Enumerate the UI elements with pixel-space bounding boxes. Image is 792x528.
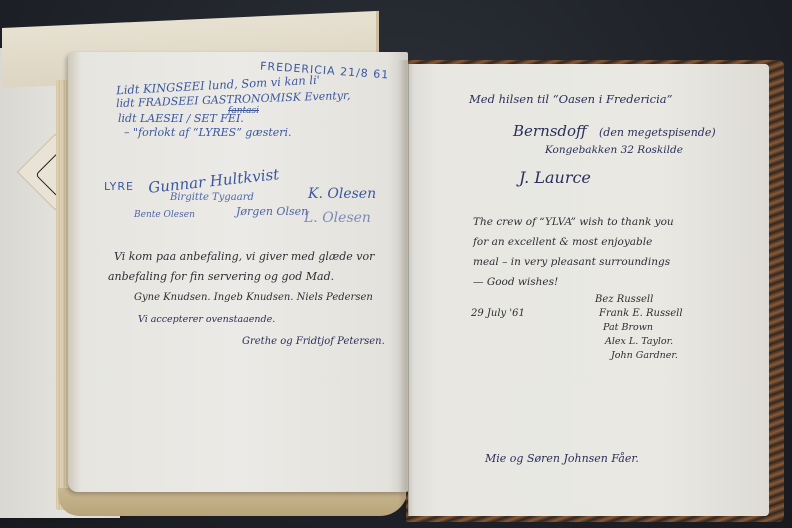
crew-message-line-4: — Good wishes! <box>473 276 558 288</box>
crew-message-line-1: The crew of “YLVA” wish to thank you <box>473 216 674 228</box>
crew-message-line-2: for an excellent & most enjoyable <box>473 236 652 248</box>
footer-signature: Mie og Søren Johnsen Fåer. <box>485 452 639 465</box>
lyre-label: LYRE <box>104 180 134 193</box>
header-line-3: lidt LAESEI / SET FEI. <box>118 112 244 125</box>
acceptance-note: Vi accepterer ovenstaaende. <box>138 314 275 325</box>
signature: Alex L. Taylor. <box>605 336 673 347</box>
signature-note: (den megetspisende) <box>599 126 716 139</box>
signature: Bez Russell <box>595 294 653 305</box>
page-curl-bottom <box>58 488 408 516</box>
book-gutter <box>398 60 414 520</box>
signature: Frank E. Russell <box>599 308 683 319</box>
signature: Bente Olesen <box>134 210 195 220</box>
signature: Jørgen Olsen <box>236 205 308 218</box>
recommendation-line-1: Vi kom paa anbefaling, vi giver med glæd… <box>114 250 374 263</box>
recommendation-line-2: anbefaling for fin servering og god Mad. <box>108 270 334 283</box>
signature: J. Laurce <box>519 168 591 187</box>
signature: K. Olesen <box>308 186 376 202</box>
signature: L. Olesen <box>304 210 371 226</box>
greeting-line: Med hilsen til “Oasen i Fredericia” <box>469 92 673 106</box>
signature: Pat Brown <box>603 322 653 333</box>
recommendation-signers: Gyne Knudsen. Ingeb Knudsen. Niels Peder… <box>134 292 373 303</box>
signature: Birgitte Tygaard <box>170 192 254 203</box>
entry-date: 29 July '61 <box>471 308 525 319</box>
header-line-4: – "forlokt af “LYRES” gæsteri. <box>124 126 292 139</box>
final-signers: Grethe og Fridtjof Petersen. <box>242 336 385 347</box>
right-guestbook-page: Med hilsen til “Oasen i Fredericia” Bern… <box>408 64 769 516</box>
crew-message-line-3: meal – in very pleasant surroundings <box>473 256 670 268</box>
address-line: Kongebakken 32 Roskilde <box>545 144 683 156</box>
left-guestbook-page: FREDERICIA 21/8 61 Lidt KINGSEEI lund, S… <box>68 52 408 492</box>
signature: John Gardner. <box>611 350 678 361</box>
signature: Bernsdoff <box>513 122 587 140</box>
